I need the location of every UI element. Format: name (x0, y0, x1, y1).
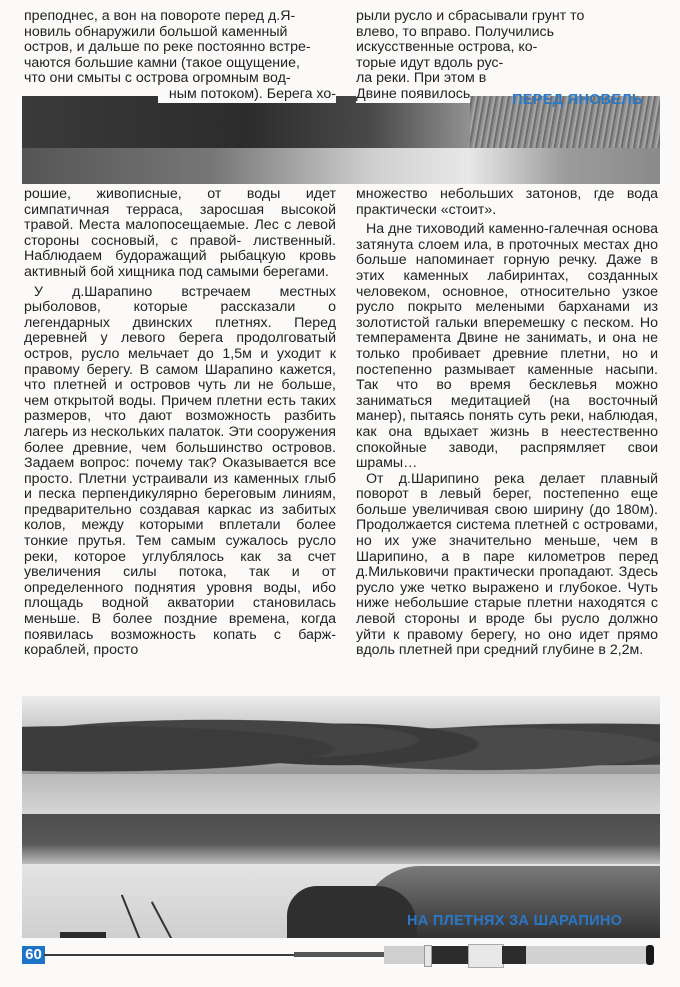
bottom-river-photo (22, 696, 660, 938)
rod-blank (294, 952, 384, 957)
paragraph: рошие, живописные, от воды идет симпатич… (24, 187, 336, 281)
paragraph: От д.Шарипино река делает плавный поворо… (356, 472, 658, 659)
paragraph: множество небольших затонов, где вода пр… (356, 187, 658, 218)
text-line: ла реки. При этом в (356, 71, 486, 87)
text-line: ным потоком). Берега хо- (158, 87, 336, 103)
left-column: рошие, живописные, от воды идет симпатич… (24, 187, 336, 659)
page-number: 60 (22, 946, 45, 964)
top-river-photo (22, 96, 660, 184)
paragraph: На дне тиховодий каменно-галечная основа… (356, 222, 658, 472)
text-line: новиль обнаружили большой каменный (24, 25, 336, 41)
paragraph: У д.Шарапино встречаем местных рыболовов… (24, 285, 336, 659)
text-line: преподнес, а вон на повороте перед д.Я- (24, 9, 336, 25)
text-line: чаются большие камни (такое ощущение, (24, 56, 336, 72)
tent-icon (287, 886, 417, 938)
bottom-photo-caption: НА ПЛЕТНЯХ ЗА ШАРАПИНО (407, 913, 622, 929)
text-line: влево, то вправо. Получились (356, 25, 554, 41)
photo-water (22, 148, 660, 184)
chair-icon (60, 932, 106, 938)
photo-trees (22, 696, 660, 784)
top-right-text: рыли русло и сбрасывали грунт то влево, … (356, 9, 646, 103)
text-line: искусственные острова, ко- (356, 40, 537, 56)
text-line: торые идут вдоль рус- (356, 56, 503, 72)
top-left-text-last-line: ным потоком). Берега хо- (158, 87, 336, 103)
fishing-rod-illustration-icon (384, 944, 656, 966)
text-line: рыли русло и сбрасывали грунт то (356, 9, 584, 25)
rod-tip-line (44, 954, 294, 956)
right-column: множество небольших затонов, где вода пр… (356, 187, 658, 659)
top-photo-caption: ПЕРЕД ЯНОВЕЛЬ (512, 92, 643, 108)
text-line: остров, и дальше по реке постоянно встре… (24, 40, 336, 56)
photo-bank (22, 774, 660, 814)
text-line: Двине появилось (356, 87, 470, 103)
top-left-text: преподнес, а вон на повороте перед д.Я- … (24, 9, 336, 89)
text-line: что они смыты с острова огромным вод- (24, 71, 336, 87)
photo-reflection (22, 814, 660, 864)
